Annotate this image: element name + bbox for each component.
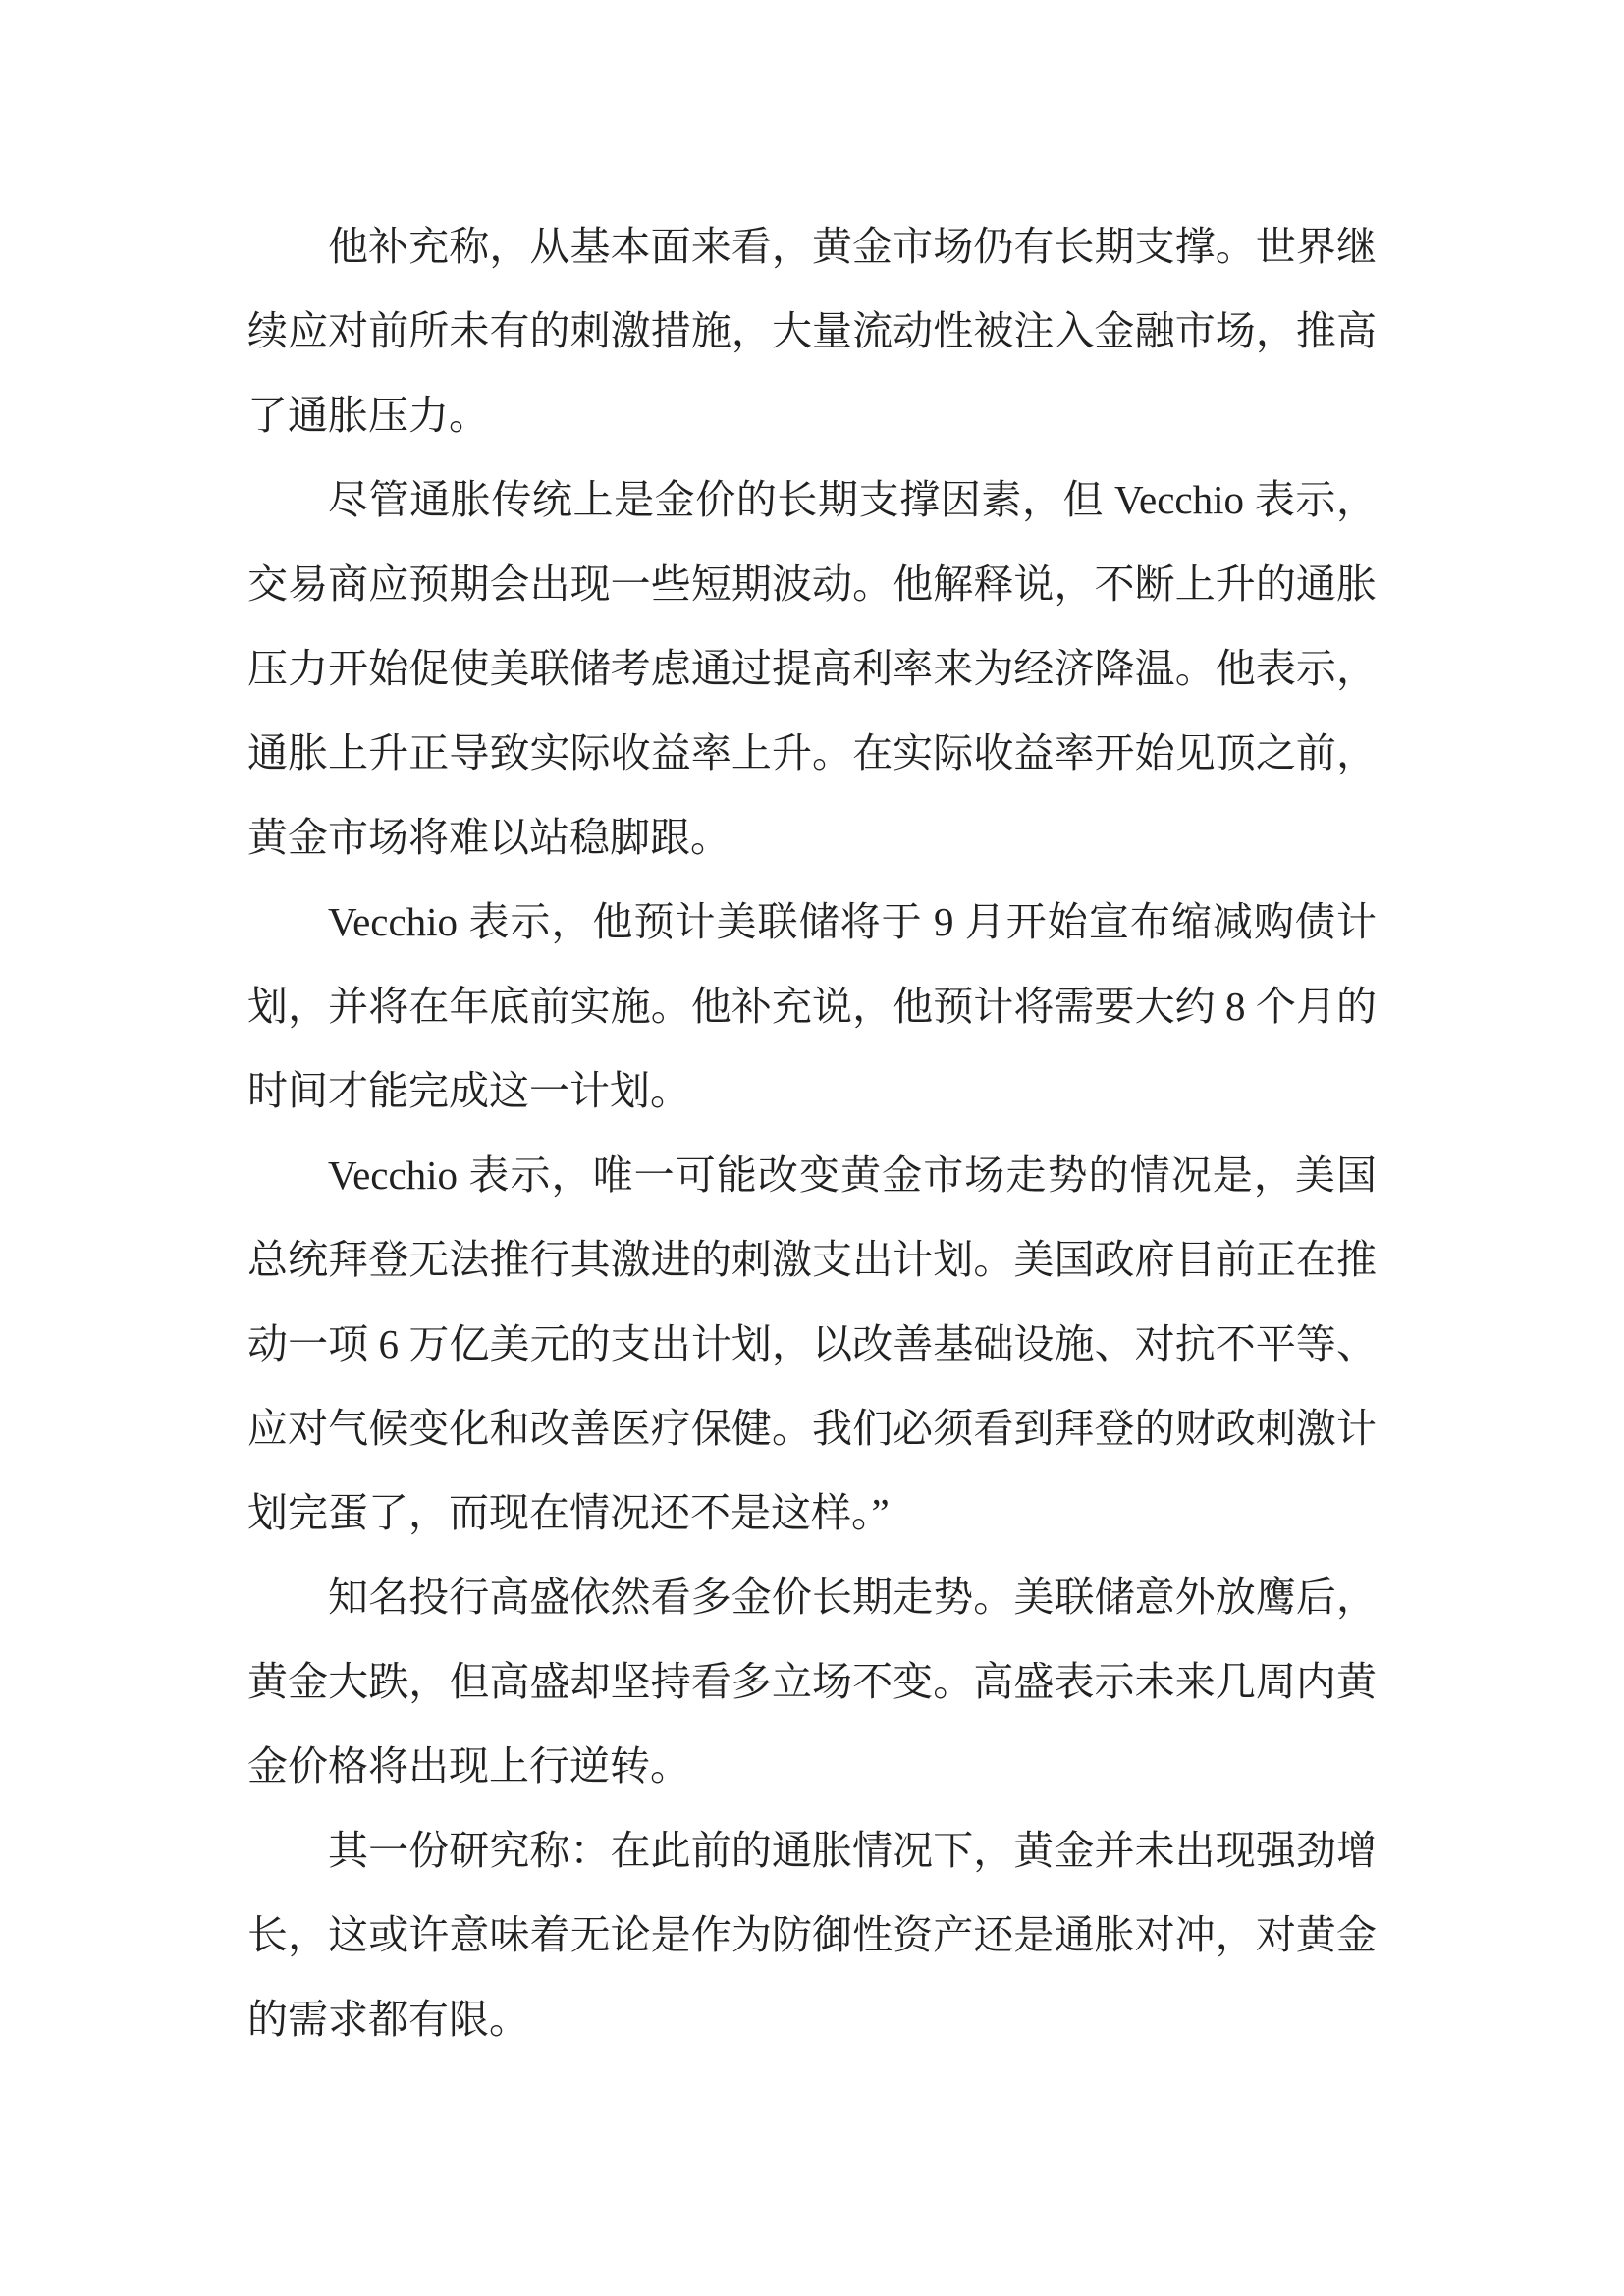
paragraph-fundamentals: 他补充称，从基本面来看，黄金市场仍有长期支撑。世界继续应对前所未有的刺激措施，大… [247, 204, 1377, 457]
paragraph-inflation-volatility: 尽管通胀传统上是金价的长期支撑因素，但 Vecchio 表示，交易商应预期会出现… [247, 457, 1377, 880]
paragraph-taper-timeline: Vecchio 表示，他预计美联储将于 9 月开始宣布缩减购债计划，并将在年底前… [247, 880, 1377, 1133]
document-page: 他补充称，从基本面来看，黄金市场仍有长期支撑。世界继续应对前所未有的刺激措施，大… [0, 0, 1624, 2296]
paragraph-goldman-bullish: 知名投行高盛依然看多金价长期走势。美联储意外放鹰后，黄金大跌，但高盛却坚持看多立… [247, 1555, 1377, 1808]
paragraph-biden-stimulus: Vecchio 表示，唯一可能改变黄金市场走势的情况是，美国总统拜登无法推行其激… [247, 1133, 1377, 1555]
paragraph-research-note: 其一份研究称：在此前的通胀情况下，黄金并未出现强劲增长，这或许意味着无论是作为防… [247, 1808, 1377, 2061]
